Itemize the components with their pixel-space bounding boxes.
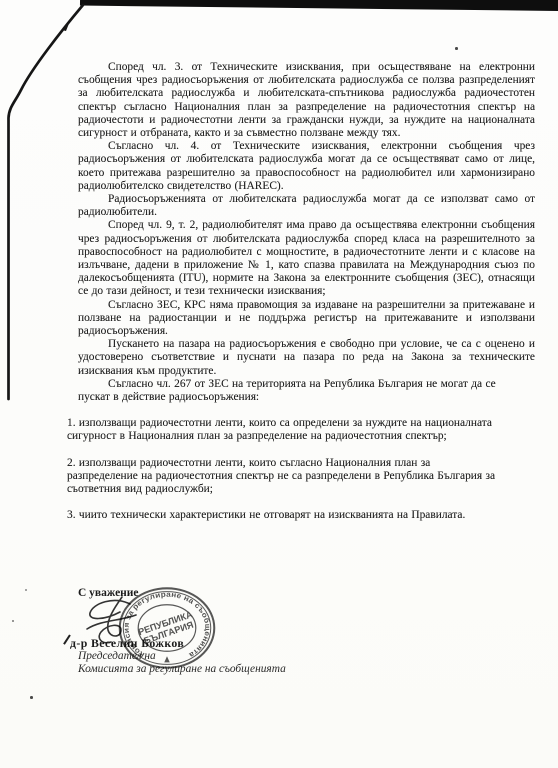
scan-speckle [12,620,14,622]
arrow-mark [62,21,70,31]
stamp-bottom-triangle [164,656,169,662]
list-item-1: 1. използващи радиочестотни ленти, които… [67,417,535,443]
paragraph-3: Радиосъоръженията от любителската радиос… [78,193,535,219]
paragraph-1: Според чл. 3. от Техническите изисквания… [78,61,535,140]
letter-body: Според чл. 3. от Техническите изисквания… [78,61,535,523]
list-item-2: 2. използващи радиочестотни ленти, които… [67,457,535,497]
official-round-stamp: Комисия за регулиране на съобщенията РЕП… [117,586,217,670]
list-item-3: 3. чиито технически характеристики не от… [67,509,535,522]
scan-edge-artifact-top [80,0,558,11]
scan-speckle [455,47,458,50]
paragraph-5: Съгласно ЗЕС, КРС няма правомощия за изд… [78,299,535,339]
scan-speckle [25,589,27,591]
paragraph-7: Съгласно чл. 267 от ЗЕС на територията н… [78,378,535,404]
paragraph-2: Съгласно чл. 4. от Техническите изискван… [78,140,535,193]
scanned-document-page: Според чл. 3. от Техническите изисквания… [0,0,558,768]
paragraph-6: Пускането на пазара на радиосъоръжения е… [78,338,535,378]
paragraph-4: Според чл. 9, т. 2, радиолюбителят има п… [78,219,535,298]
scan-speckle [30,696,33,699]
